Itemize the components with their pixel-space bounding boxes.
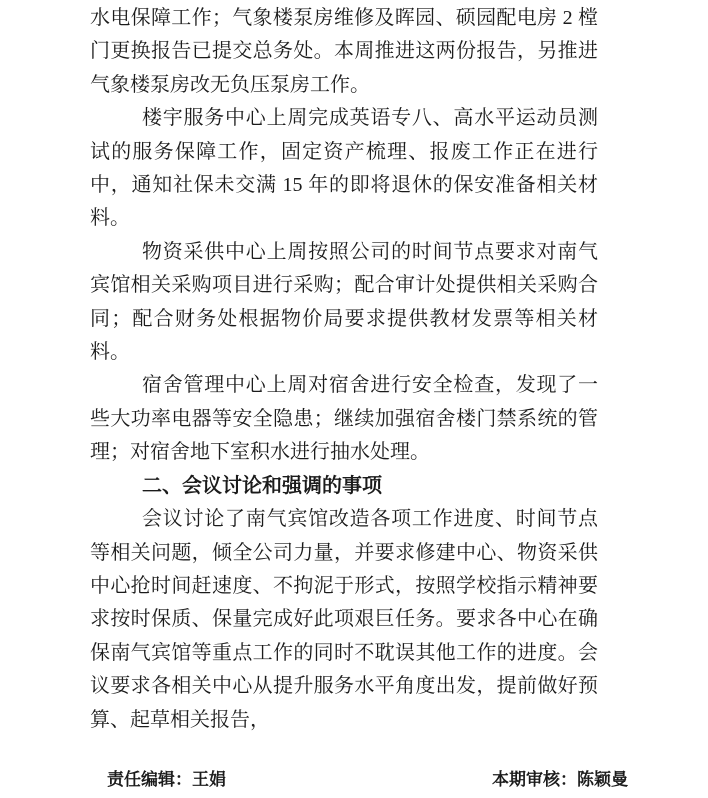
document-body: 水电保障工作；气象楼泵房维修及晖园、硕园配电房 2 樘门更换报告已提交总务处。本… (90, 2, 598, 737)
editor-label: 责任编辑： (107, 770, 192, 789)
editor-credit: 责任编辑：王娟 (107, 768, 226, 792)
editor-name: 王娟 (192, 770, 226, 789)
document-footer: 责任编辑：王娟 本期审核：陈颖曼 (107, 768, 628, 792)
heading-meeting-topics: 二、会议讨论和强调的事项 (90, 470, 598, 503)
reviewer-credit: 本期审核：陈颖曼 (492, 768, 628, 792)
para-meeting-discussion: 会议讨论了南气宾馆改造各项工作进度、时间节点等相关问题，倾全公司力量，并要求修建… (90, 503, 598, 737)
para-dormitory-management: 宿舍管理中心上周对宿舍进行安全检查，发现了一些大功率电器等安全隐患；继续加强宿舍… (90, 369, 598, 469)
document-page: 水电保障工作；气象楼泵房维修及晖园、硕园配电房 2 樘门更换报告已提交总务处。本… (0, 0, 708, 798)
para-utilities-continuation: 水电保障工作；气象楼泵房维修及晖园、硕园配电房 2 樘门更换报告已提交总务处。本… (90, 2, 598, 102)
para-materials-procurement: 物资采供中心上周按照公司的时间节点要求对南气宾馆相关采购项目进行采购；配合审计处… (90, 236, 598, 370)
reviewer-name: 陈颖曼 (577, 770, 628, 789)
reviewer-label: 本期审核： (492, 770, 577, 789)
para-building-services: 楼宇服务中心上周完成英语专八、高水平运动员测试的服务保障工作，固定资产梳理、报废… (90, 102, 598, 236)
